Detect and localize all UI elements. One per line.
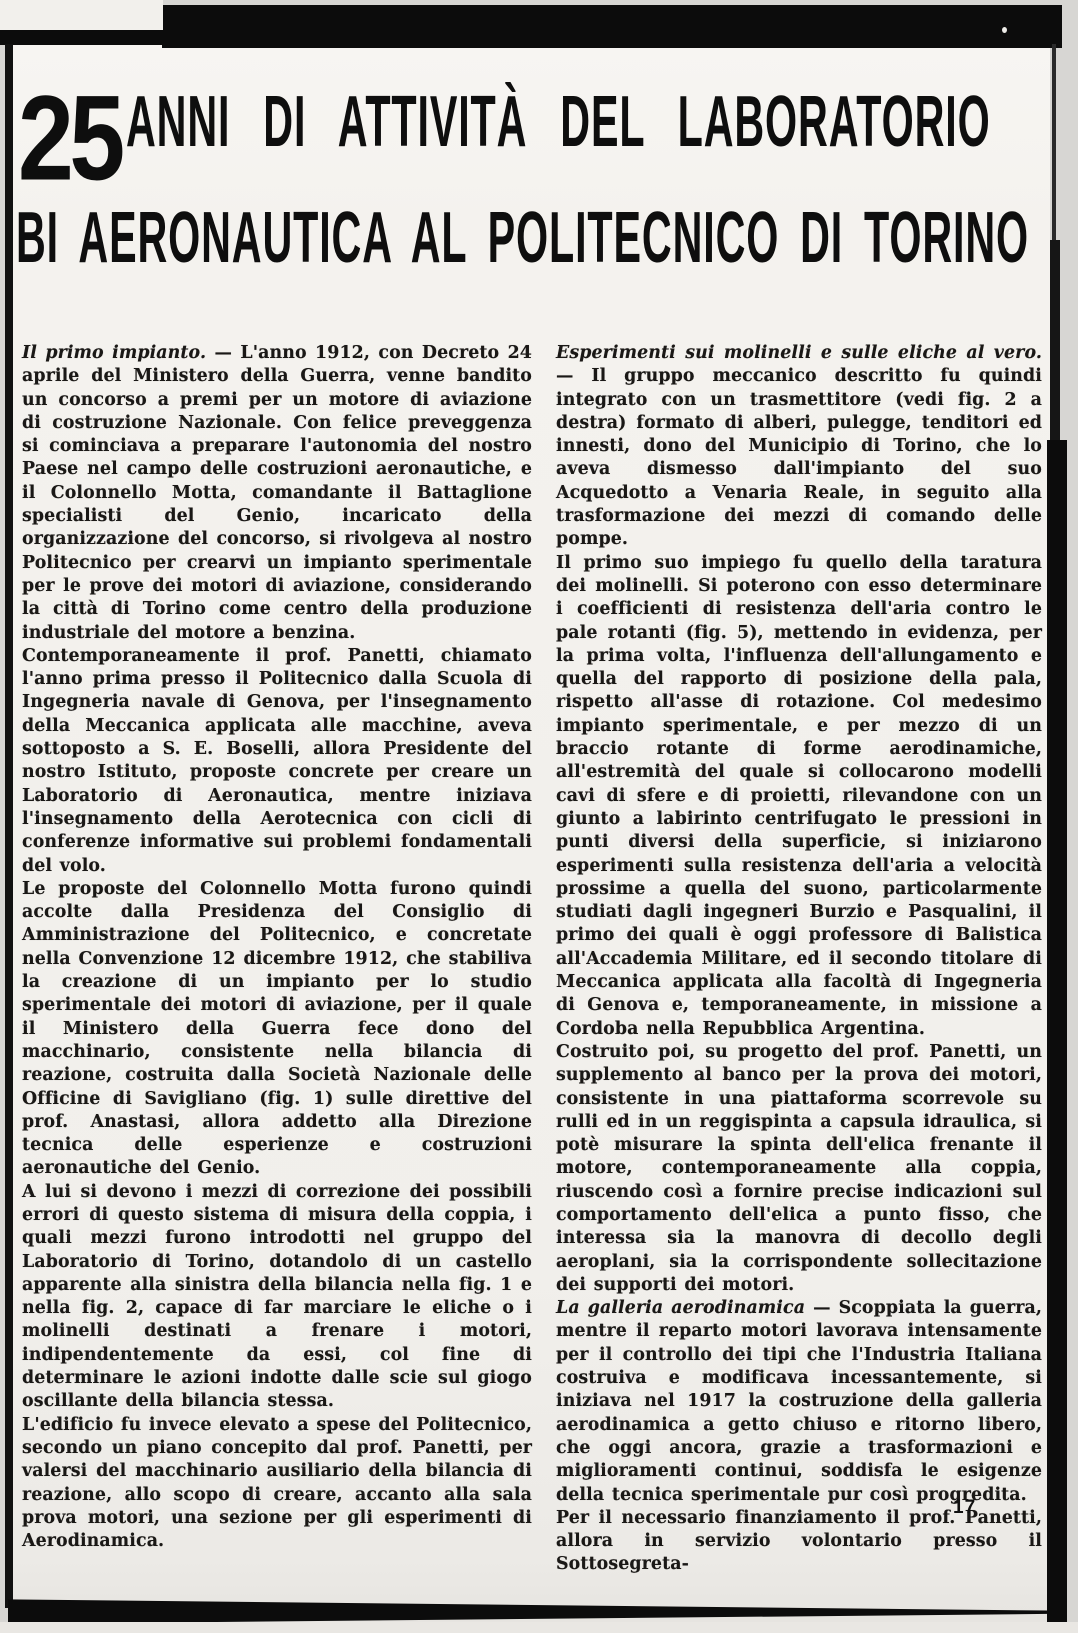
title-line-1: ANNI DI ATTIVITÀ DEL LABORATORIO	[126, 86, 991, 162]
paragraph-text: Costruito poi, su progetto del prof. Pan…	[556, 1042, 1042, 1295]
paragraph-text: A lui si devono i mezzi di correzione de…	[22, 1182, 532, 1412]
paragraph: L'edificio fu invece elevato a spese del…	[22, 1414, 532, 1554]
paragraph-text: Contemporaneamente il prof. Panetti, chi…	[22, 646, 532, 876]
page-number: 17	[953, 1497, 976, 1519]
top-black-bar-left	[0, 30, 163, 45]
scanned-magazine-page: 25 ANNI DI ATTIVITÀ DEL LABORATORIO BI A…	[0, 0, 1078, 1633]
right-gutter-shadow-mid	[1050, 240, 1060, 460]
paragraph-lead: La galleria aerodinamica	[556, 1298, 805, 1318]
paragraph: Esperimenti sui molinelli e sulle eliche…	[556, 342, 1042, 552]
paragraph-text: Il primo suo impiego fu quello della tar…	[556, 553, 1042, 1039]
left-column: Il primo impianto. — L'anno 1912, con De…	[22, 342, 532, 1553]
paragraph: Il primo suo impiego fu quello della tar…	[556, 552, 1042, 1041]
paragraph-lead: Il primo impianto.	[22, 343, 206, 363]
title-number: 25	[18, 84, 121, 195]
corner-notch	[0, 0, 163, 30]
right-gutter-shadow	[1047, 440, 1067, 1633]
paragraph-text: — Il gruppo meccanico descritto fu quind…	[556, 366, 1042, 549]
paragraph: Il primo impianto. — L'anno 1912, con De…	[22, 342, 532, 645]
left-page-edge-line	[5, 44, 13, 1608]
paragraph-lead: Esperimenti sui molinelli e sulle eliche…	[556, 343, 1042, 363]
paragraph: Costruito poi, su progetto del prof. Pan…	[556, 1041, 1042, 1297]
right-gutter-shadow-thin	[1052, 44, 1056, 254]
scan-speck	[1002, 27, 1007, 33]
paragraph-text: — L'anno 1912, con Decreto 24 aprile del…	[22, 343, 532, 643]
bottom-scan-margin	[0, 1622, 1078, 1633]
title-line-2: BI AERONAUTICA AL POLITECNICO DI TORINO	[16, 202, 1029, 278]
right-column: Esperimenti sui molinelli e sulle eliche…	[556, 342, 1042, 1577]
paragraph-text: L'edificio fu invece elevato a spese del…	[22, 1415, 532, 1551]
paragraph: Le proposte del Colonnello Motta furono …	[22, 878, 532, 1181]
paragraph-text: Le proposte del Colonnello Motta furono …	[22, 879, 532, 1179]
paragraph: La galleria aerodinamica — Scoppiata la …	[556, 1297, 1042, 1507]
paragraph-text: — Scoppiata la guerra, mentre il reparto…	[556, 1298, 1042, 1504]
paragraph: Contemporaneamente il prof. Panetti, chi…	[22, 645, 532, 878]
top-black-bar	[162, 5, 1062, 48]
paragraph: A lui si devono i mezzi di correzione de…	[22, 1181, 532, 1414]
